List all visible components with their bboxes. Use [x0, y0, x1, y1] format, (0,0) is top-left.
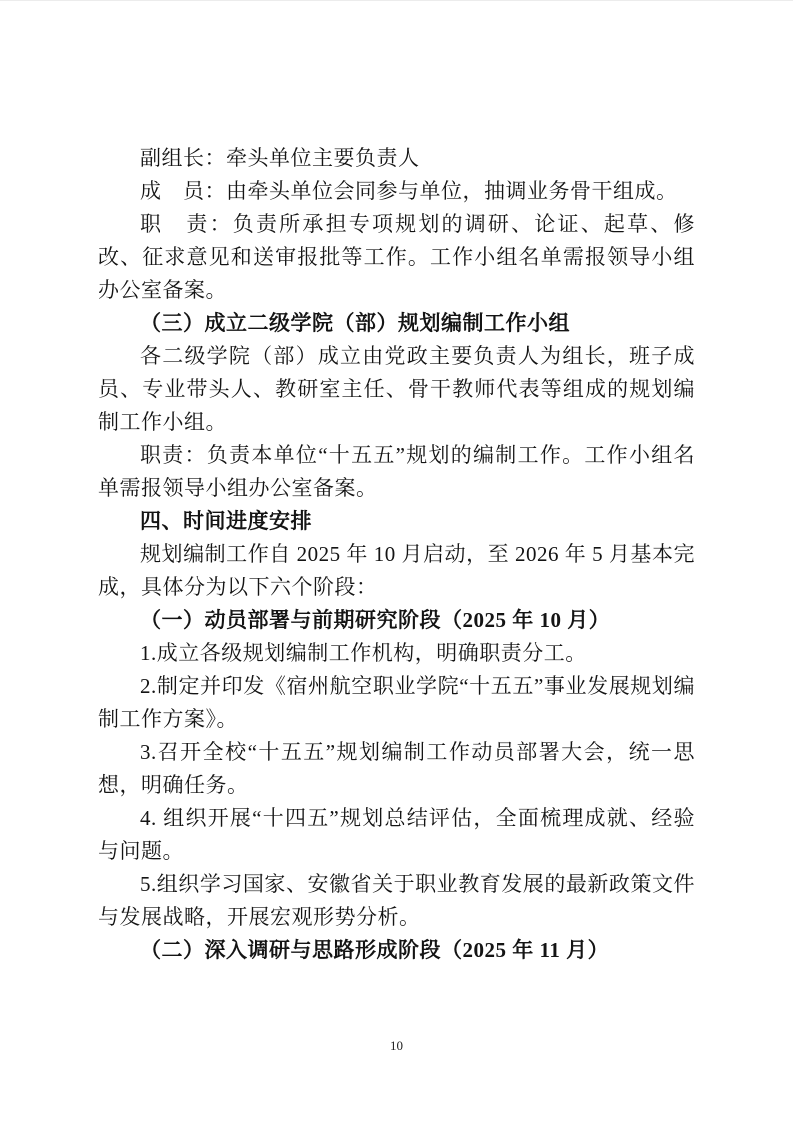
members-line: 成 员：由牵头单位会同参与单位，抽调业务骨干组成。	[98, 175, 695, 208]
stage-1-task-4: 4. 组织开展“十四五”规划总结评估，全面梳理成就、经验与问题。	[98, 802, 695, 868]
stage-2-heading: （二）深入调研与思路形成阶段（2025 年 11 月）	[98, 934, 695, 967]
timeline-overview-paragraph: 规划编制工作自 2025 年 10 月启动，至 2026 年 5 月基本完成，具…	[98, 538, 695, 604]
stage-1-task-1: 1.成立各级规划编制工作机构，明确职责分工。	[98, 637, 695, 670]
stage-1-heading: （一）动员部署与前期研究阶段（2025 年 10 月）	[98, 604, 695, 637]
workgroup-composition-paragraph: 各二级学院（部）成立由党政主要负责人为组长，班子成员、专业带头人、教研室主任、骨…	[98, 340, 695, 439]
document-page: 副组长：牵头单位主要负责人 成 员：由牵头单位会同参与单位，抽调业务骨干组成。 …	[0, 0, 793, 1122]
workgroup-duties-paragraph: 职责：负责本单位“十五五”规划的编制工作。工作小组名单需报领导小组办公室备案。	[98, 439, 695, 505]
document-body: 副组长：牵头单位主要负责人 成 员：由牵头单位会同参与单位，抽调业务骨干组成。 …	[98, 142, 695, 967]
section-3-heading: （三）成立二级学院（部）规划编制工作小组	[98, 307, 695, 340]
stage-1-task-3: 3.召开全校“十五五”规划编制工作动员部署大会，统一思想，明确任务。	[98, 736, 695, 802]
deputy-leader-line: 副组长：牵头单位主要负责人	[98, 142, 695, 175]
section-4-heading: 四、时间进度安排	[98, 505, 695, 538]
page-number: 10	[0, 1037, 793, 1055]
responsibilities-paragraph: 职 责：负责所承担专项规划的调研、论证、起草、修改、征求意见和送审报批等工作。工…	[98, 208, 695, 307]
stage-1-task-2: 2.制定并印发《宿州航空职业学院“十五五”事业发展规划编制工作方案》。	[98, 670, 695, 736]
stage-1-task-5: 5.组织学习国家、安徽省关于职业教育发展的最新政策文件与发展战略，开展宏观形势分…	[98, 868, 695, 934]
